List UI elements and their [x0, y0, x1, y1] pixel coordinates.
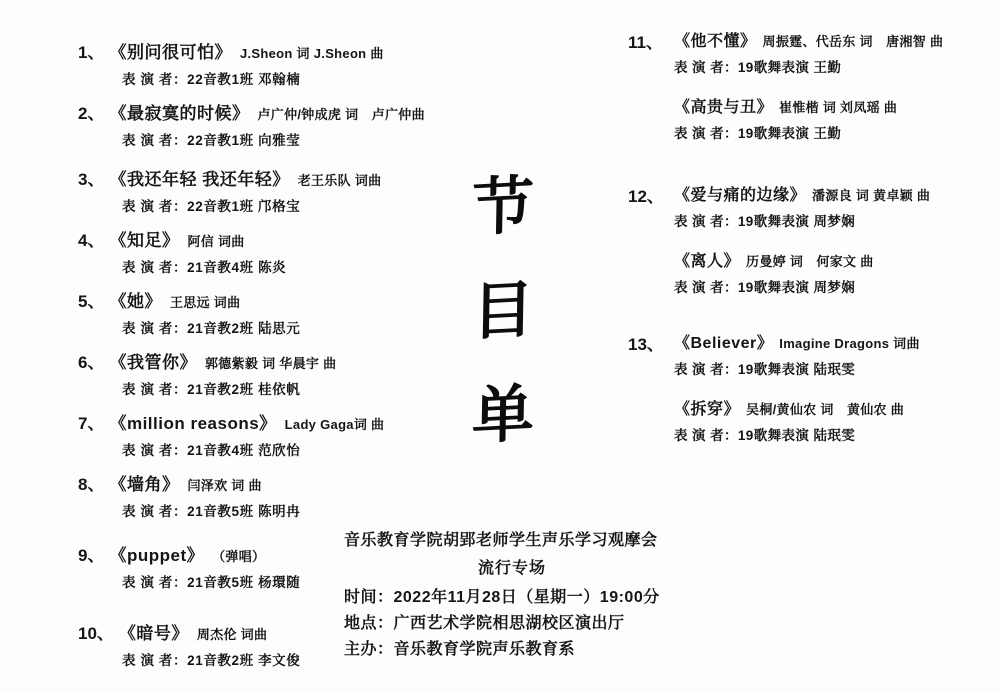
performer-line: 表 演 者：19歌舞表演 王勤: [674, 56, 943, 76]
program-item: 6、 《我管你》 郭德紫毅 词 华晨宇 曲 表 演 者：21音教2班 桂依帆: [78, 348, 438, 398]
performer-line: 表 演 者：19歌舞表演 陆珉雯: [674, 358, 920, 378]
performer-line: 表 演 者：22音教1班 向雅莹: [78, 129, 438, 149]
song-title: 《知足》: [109, 226, 179, 251]
song-title: 《他不懂》: [674, 28, 757, 51]
song-title: 《离人》: [674, 248, 740, 271]
calligraphy-char: 目: [471, 278, 534, 343]
item-number: 8、: [78, 470, 104, 495]
program-item: 13、 《Believer》 Imagine Dragons 词曲 表 演 者：…: [628, 330, 988, 444]
song-title: 《million reasons》: [109, 409, 276, 434]
program-item: 1、 《别问很可怕》 J.Sheon 词 J.Sheon 曲 表 演 者：22音…: [78, 38, 438, 88]
item-number: 2、: [78, 99, 104, 124]
performer-line: 表 演 者：19歌舞表演 王勤: [674, 122, 943, 142]
performer-line: 表 演 者：21音教2班 陆思元: [78, 317, 438, 337]
calligraphy-char: 节: [471, 174, 534, 239]
song-credits: 潘源良 词 黄卓颖 曲: [812, 185, 930, 204]
song-title: 《墙角》: [109, 470, 179, 495]
song-entry: 《高贵与丑》 崔惟楷 词 刘凤瑶 曲 表 演 者：19歌舞表演 王勤: [674, 94, 943, 142]
event-venue: 地点：广西艺术学院相思湖校区演出厅: [344, 611, 680, 637]
performer-line: 表 演 者：21音教4班 范欣怡: [78, 439, 438, 459]
song-entry: 《拆穿》 吴桐/黄仙农 词 黄仙农 曲 表 演 者：19歌舞表演 陆珉雯: [674, 396, 920, 444]
song-title: 《拆穿》: [674, 396, 740, 419]
song-credits: （弹唱）: [212, 546, 265, 565]
song-credits: 老王乐队 词曲: [298, 170, 382, 189]
song-title: 《别问很可怕》: [109, 38, 232, 63]
song-credits: 郭德紫毅 词 华晨宇 曲: [205, 353, 336, 372]
performer-line: 表 演 者：21音教5班 陈明冉: [78, 500, 438, 520]
item-number: 13、: [628, 330, 674, 444]
performer-line: 表 演 者：19歌舞表演 周梦娴: [674, 210, 930, 230]
event-info: 音乐教育学院胡郢老师学生声乐学习观摩会 流行专场 时间：2022年11月28日（…: [344, 527, 680, 663]
song-title: 《我管你》: [109, 348, 197, 373]
event-title: 音乐教育学院胡郢老师学生声乐学习观摩会: [344, 527, 680, 550]
item-number: 1、: [78, 38, 104, 63]
program-item: 12、 《爱与痛的边缘》 潘源良 词 黄卓颖 曲 表 演 者：19歌舞表演 周梦…: [628, 182, 988, 296]
performer-line: 表 演 者：19歌舞表演 周梦娴: [674, 276, 930, 296]
program-item: 8、 《墙角》 闫泽欢 词 曲 表 演 者：21音教5班 陈明冉: [78, 470, 438, 520]
song-credits: Lady Gaga词 曲: [285, 414, 385, 433]
program-item: 3、 《我还年轻 我还年轻》 老王乐队 词曲 表 演 者：22音教1班 邝格宝: [78, 165, 438, 215]
song-credits: Imagine Dragons 词曲: [779, 333, 919, 352]
song-title: 《Believer》: [674, 330, 773, 353]
performer-line: 表 演 者：19歌舞表演 陆珉雯: [674, 424, 920, 444]
program-item: 11、 《他不懂》 周振霆、代岳东 词 唐湘智 曲 表 演 者：19歌舞表演 王…: [628, 28, 988, 142]
song-credits: 闫泽欢 词 曲: [187, 475, 261, 494]
event-organizer: 主办：音乐教育学院声乐教育系: [344, 637, 680, 663]
song-credits: 吴桐/黄仙农 词 黄仙农 曲: [746, 399, 904, 418]
song-credits: 周振霆、代岳东 词 唐湘智 曲: [763, 31, 944, 50]
program-right-column: 11、 《他不懂》 周振霆、代岳东 词 唐湘智 曲 表 演 者：19歌舞表演 王…: [628, 28, 988, 484]
song-title: 《最寂寞的时候》: [109, 99, 249, 124]
item-number: 12、: [628, 182, 674, 296]
program-item: 2、 《最寂寞的时候》 卢广仲/钟成虎 词 卢广仲曲 表 演 者：22音教1班 …: [78, 99, 438, 149]
song-entry: 《Believer》 Imagine Dragons 词曲 表 演 者：19歌舞…: [674, 330, 920, 378]
song-entry: 《他不懂》 周振霆、代岳东 词 唐湘智 曲 表 演 者：19歌舞表演 王勤: [674, 28, 943, 76]
performer-line: 表 演 者：21音教2班 桂依帆: [78, 378, 438, 398]
song-credits: 阿信 词曲: [187, 231, 244, 250]
song-credits: 卢广仲/钟成虎 词 卢广仲曲: [257, 104, 424, 123]
item-number: 3、: [78, 165, 104, 190]
song-credits: 王思远 词曲: [170, 292, 240, 311]
performer-line: 表 演 者：22音教1班 邓翰楠: [78, 68, 438, 88]
item-number: 11、: [628, 28, 674, 142]
program-item: 4、 《知足》 阿信 词曲 表 演 者：21音教4班 陈炎: [78, 226, 438, 276]
item-number: 6、: [78, 348, 104, 373]
song-title: 《她》: [109, 287, 162, 312]
event-time: 时间：2022年11月28日（星期一）19:00分: [344, 585, 680, 611]
song-title: 《爱与痛的边缘》: [674, 182, 806, 205]
performer-line: 表 演 者：22音教1班 邝格宝: [78, 195, 438, 215]
song-title: 《puppet》: [109, 541, 204, 566]
program-sheet: 1、 《别问很可怕》 J.Sheon 词 J.Sheon 曲 表 演 者：22音…: [0, 0, 1000, 693]
song-title: 《暗号》: [119, 619, 189, 644]
event-subtitle: 流行专场: [344, 555, 680, 578]
song-credits: 崔惟楷 词 刘凤瑶 曲: [779, 97, 897, 116]
song-title: 《我还年轻 我还年轻》: [109, 165, 289, 190]
program-item: 7、 《million reasons》 Lady Gaga词 曲 表 演 者：…: [78, 409, 438, 459]
item-number: 7、: [78, 409, 104, 434]
item-number: 9、: [78, 541, 104, 566]
song-entry: 《离人》 历曼婷 词 何家文 曲 表 演 者：19歌舞表演 周梦娴: [674, 248, 930, 296]
item-number: 10、: [78, 619, 114, 644]
item-number: 4、: [78, 226, 104, 251]
program-item: 5、 《她》 王思远 词曲 表 演 者：21音教2班 陆思元: [78, 287, 438, 337]
song-credits: J.Sheon 词 J.Sheon 曲: [240, 43, 384, 62]
song-entry: 《爱与痛的边缘》 潘源良 词 黄卓颖 曲 表 演 者：19歌舞表演 周梦娴: [674, 182, 930, 230]
song-credits: 历曼婷 词 何家文 曲: [746, 251, 874, 270]
song-credits: 周杰伦 词曲: [197, 624, 267, 643]
song-title: 《高贵与丑》: [674, 94, 773, 117]
performer-line: 表 演 者：21音教4班 陈炎: [78, 256, 438, 276]
calligraphy-char: 单: [471, 382, 534, 447]
program-title-calligraphy: 节 目 单: [458, 176, 548, 446]
item-number: 5、: [78, 287, 104, 312]
